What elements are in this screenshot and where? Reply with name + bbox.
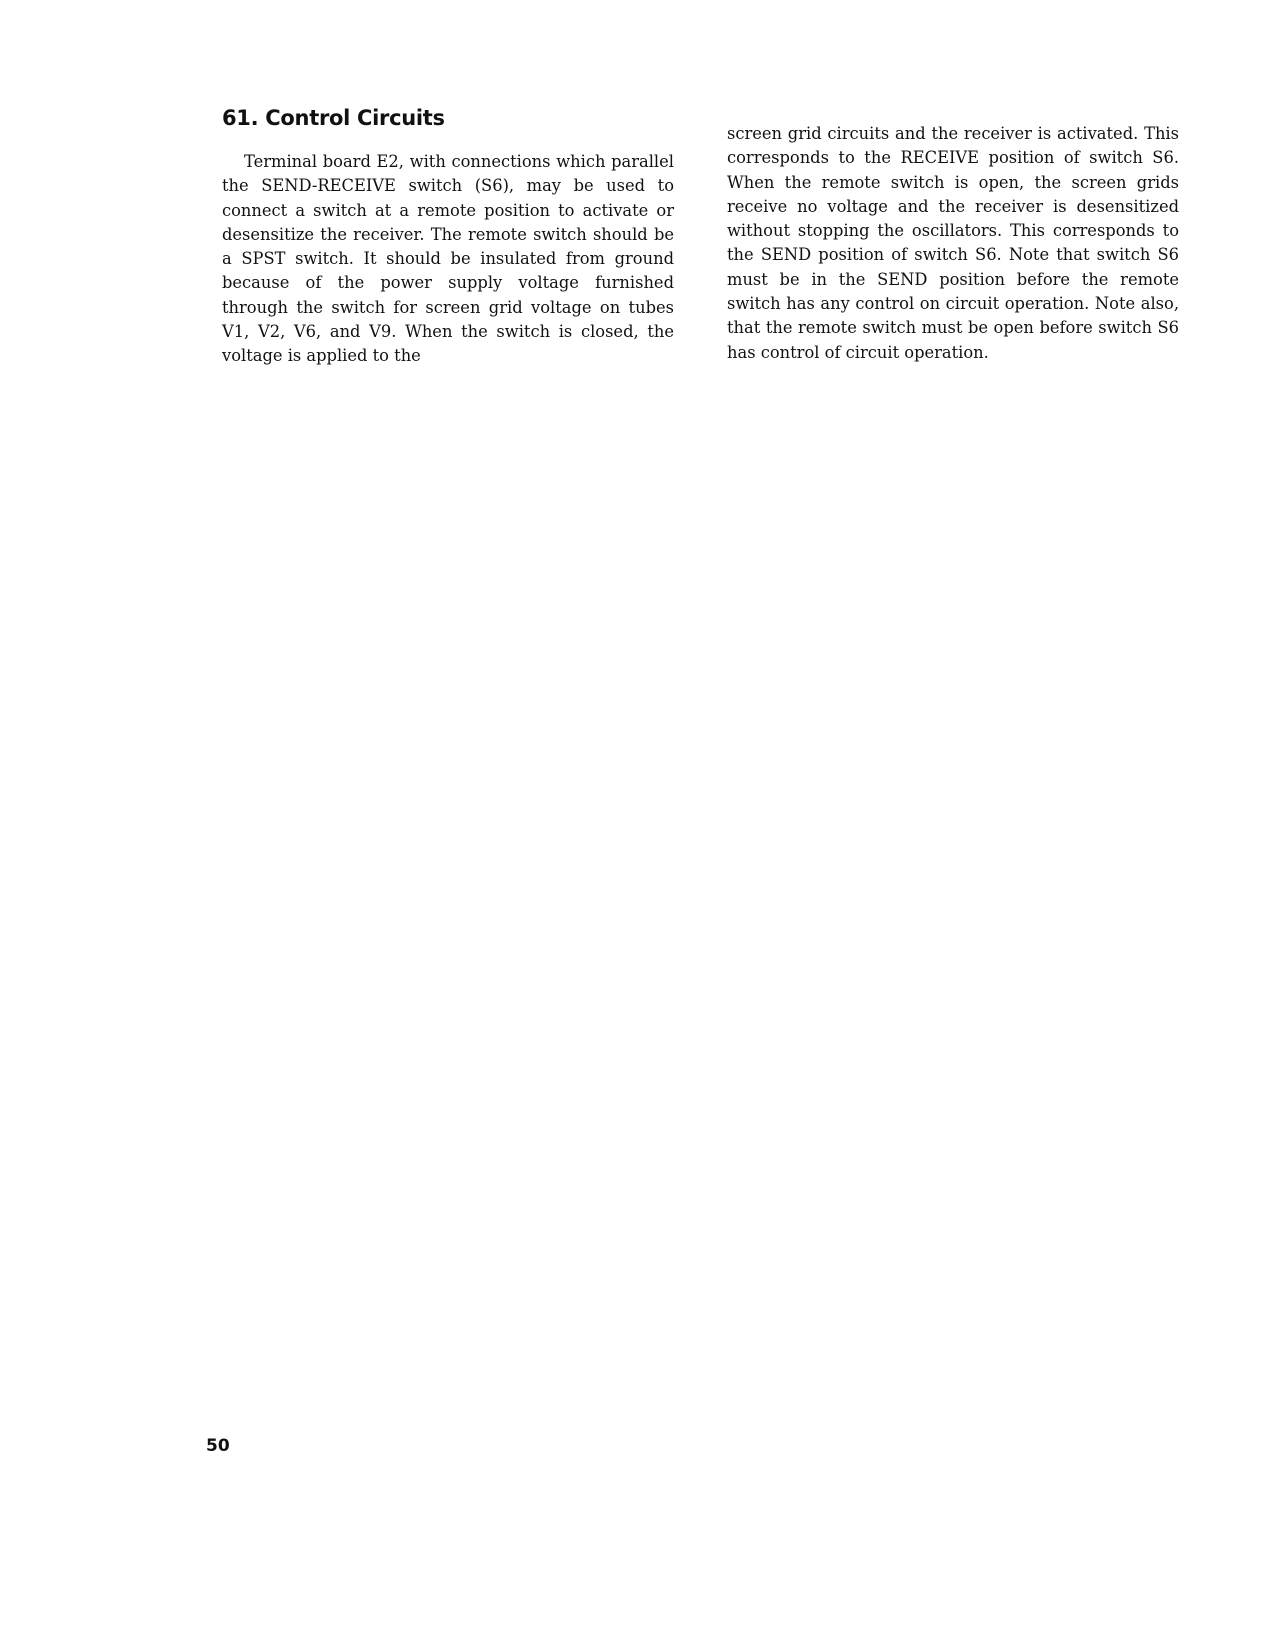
right-column: screen grid circuits and the receiver is… bbox=[727, 122, 1179, 365]
left-column: Terminal board E2, with connections whic… bbox=[222, 150, 674, 369]
section-heading: 61. Control Circuits bbox=[222, 106, 445, 130]
paragraph-left: Terminal board E2, with connections whic… bbox=[222, 150, 674, 369]
document-page: 61. Control Circuits Terminal board E2, … bbox=[0, 0, 1275, 1650]
paragraph-right: screen grid circuits and the receiver is… bbox=[727, 122, 1179, 365]
page-number: 50 bbox=[206, 1436, 230, 1456]
